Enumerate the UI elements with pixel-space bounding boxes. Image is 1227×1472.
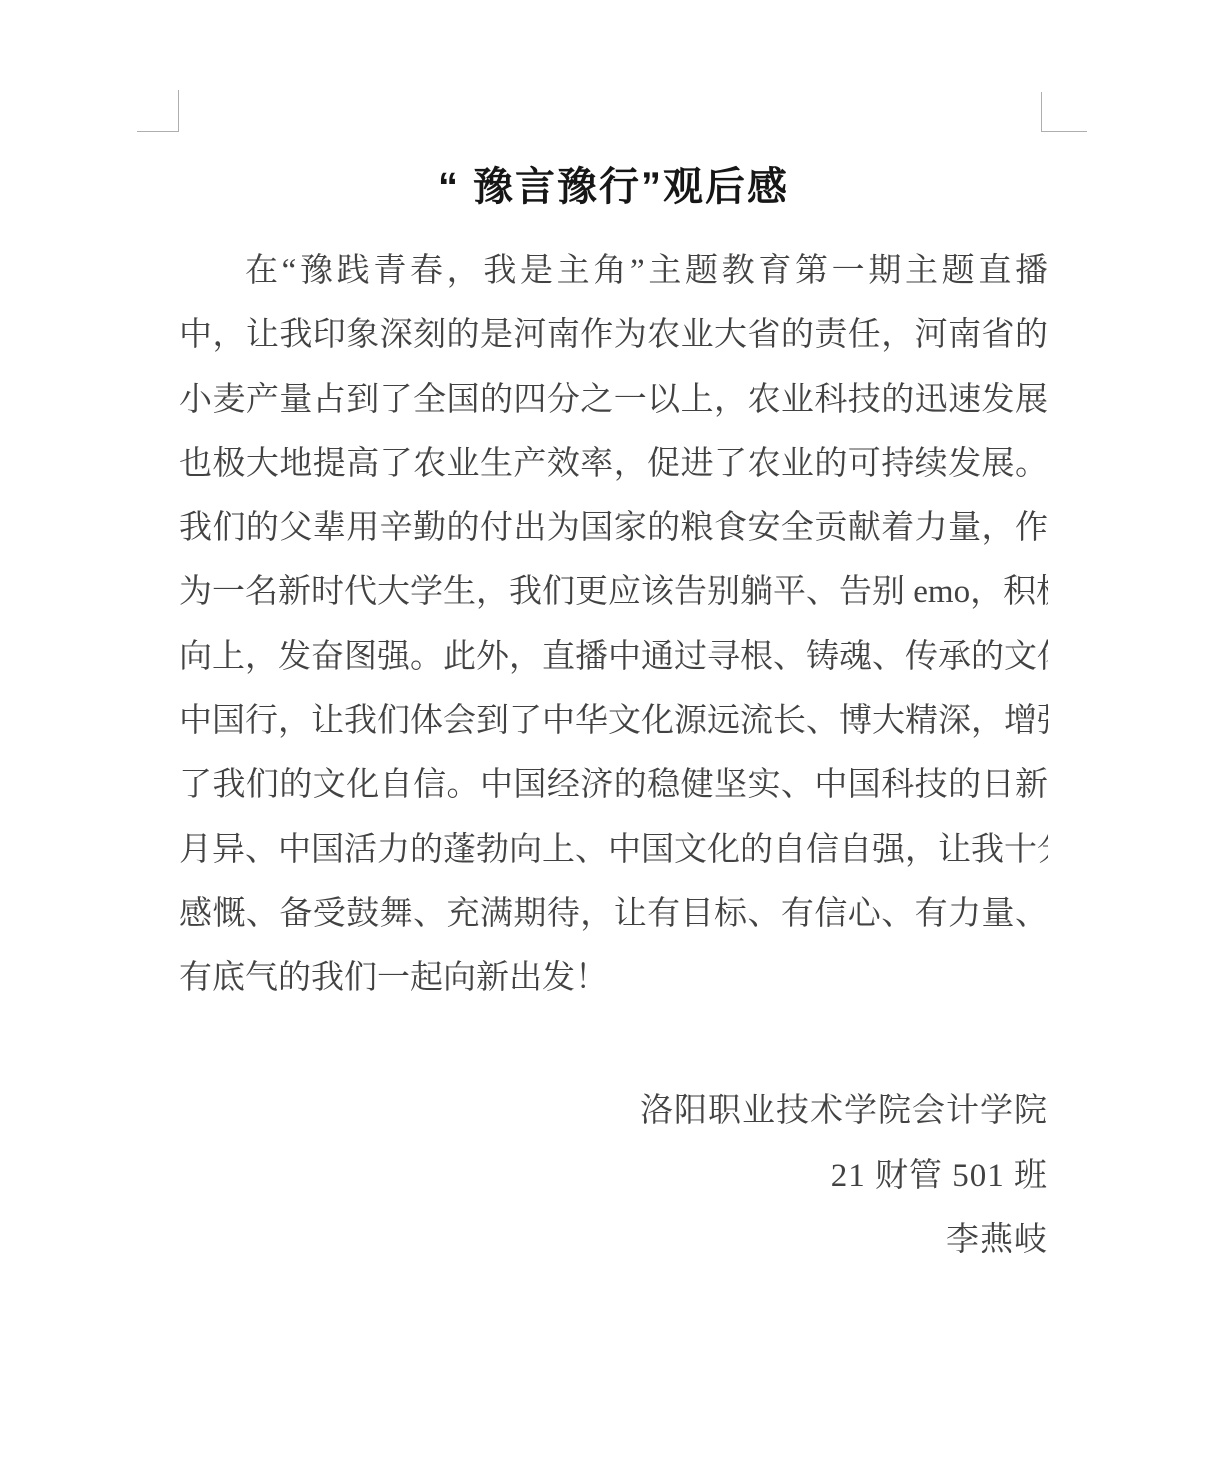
- text-area-corner-mark-left: [137, 90, 179, 132]
- essay-title: “ 豫言豫行”观后感: [0, 157, 1227, 217]
- essay-line: 为一名新时代大学生，我们更应该告别躺平、告别 emo，积极: [179, 560, 1048, 624]
- signature-author: 李燕岐: [179, 1208, 1048, 1273]
- essay-line: 在“豫践青春，我是主角”主题教育第一期主题直播: [179, 239, 1048, 303]
- essay-line: 感慨、备受鼓舞、充满期待，让有目标、有信心、有力量、: [179, 882, 1048, 946]
- signature-block: 洛阳职业技术学院会计学院 21 财管 501 班 李燕岐: [179, 1079, 1048, 1273]
- essay-line: 了我们的文化自信。中国经济的稳健坚实、中国科技的日新: [179, 753, 1048, 817]
- essay-line: 小麦产量占到了全国的四分之一以上，农业科技的迅速发展: [179, 368, 1048, 432]
- essay-line: 中国行，让我们体会到了中华文化源远流长、博大精深，增强: [179, 689, 1048, 753]
- document-page: “ 豫言豫行”观后感 在“豫践青春，我是主角”主题教育第一期主题直播 中，让我印…: [0, 0, 1227, 1472]
- essay-body: 在“豫践青春，我是主角”主题教育第一期主题直播 中，让我印象深刻的是河南作为农业…: [179, 239, 1048, 1011]
- essay-line: 中，让我印象深刻的是河南作为农业大省的责任，河南省的: [179, 303, 1048, 367]
- signature-institution: 洛阳职业技术学院会计学院: [179, 1079, 1048, 1144]
- essay-line: 也极大地提高了农业生产效率，促进了农业的可持续发展。: [179, 432, 1048, 496]
- essay-line: 有底气的我们一起向新出发！: [179, 946, 1048, 1010]
- essay-line: 月异、中国活力的蓬勃向上、中国文化的自信自强，让我十分: [179, 818, 1048, 882]
- essay-line: 向上，发奋图强。此外，直播中通过寻根、铸魂、传承的文化: [179, 625, 1048, 689]
- signature-class: 21 财管 501 班: [179, 1144, 1048, 1209]
- essay-line: 我们的父辈用辛勤的付出为国家的粮食安全贡献着力量，作: [179, 496, 1048, 560]
- text-area-corner-mark-right: [1041, 92, 1087, 132]
